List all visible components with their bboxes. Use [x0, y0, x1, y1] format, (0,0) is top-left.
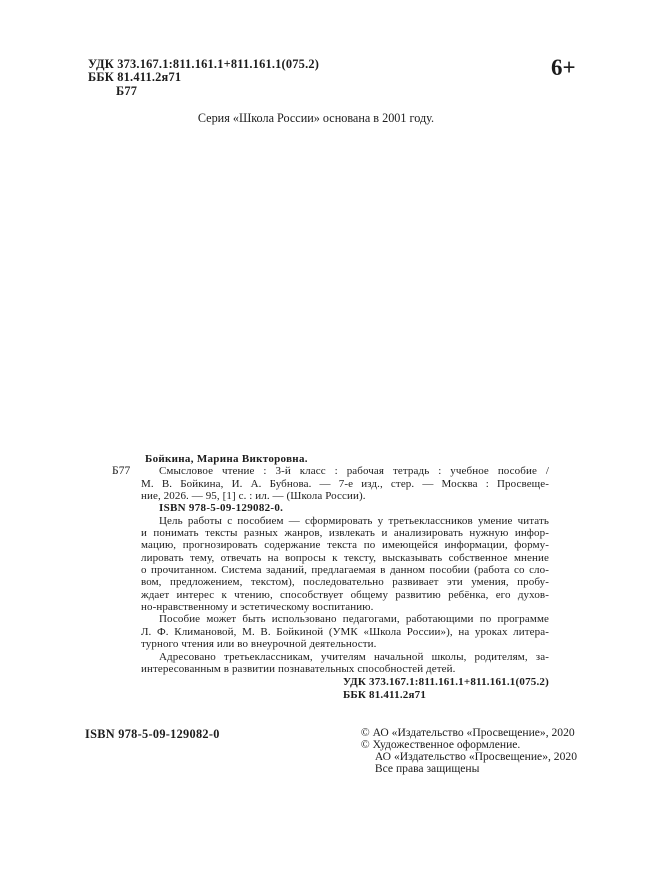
card-author-heading: Бойкина, Марина Викторовна.: [141, 453, 549, 465]
text-line: Пособие может быть использовано педагога…: [141, 613, 549, 625]
text-line: но-нравственному и эстетическому воспита…: [141, 601, 549, 613]
footer-isbn: ISBN 978-5-09-129082-0: [85, 727, 220, 742]
catalog-card: Б77 Бойкина, Марина Викторовна. Смыслово…: [141, 453, 549, 701]
copyright-block: © АО «Издательство «Просвещение», 2020© …: [361, 727, 577, 775]
text-line: Смысловое чтение : 3-й класс : рабочая т…: [141, 465, 549, 477]
text-line: Все права защищены: [361, 763, 577, 775]
text-line: М. В. Бойкина, И. А. Бубнова. — 7-е изд.…: [141, 478, 549, 490]
text-line: мацию, прогнозировать содержание текста …: [141, 539, 549, 551]
annotation-paragraph-2: Пособие может быть использовано педагога…: [141, 613, 549, 650]
annotation-paragraph-3: Адресовано третьеклассникам, учителям на…: [141, 651, 549, 676]
bbk-code: ББК 81.411.2я71: [88, 71, 319, 84]
top-codes-block: УДК 373.167.1:811.161.1+811.161.1(075.2)…: [88, 58, 319, 98]
text-line: ние, 2026. — 95, [1] с. : ил. — (Школа Р…: [141, 490, 549, 502]
card-author-sign: Б77: [112, 465, 130, 477]
book-imprint-page: УДК 373.167.1:811.161.1+811.161.1(075.2)…: [0, 0, 650, 869]
bottom-bbk-code: ББК 81.411.2я71: [343, 689, 549, 701]
bottom-udk-code: УДК 373.167.1:811.161.1+811.161.1(075.2): [343, 676, 549, 688]
text-line: о прочитанном. Система заданий, предлага…: [141, 564, 549, 576]
bottom-codes-wrap: УДК 373.167.1:811.161.1+811.161.1(075.2)…: [141, 676, 549, 701]
bottom-codes-block: УДК 373.167.1:811.161.1+811.161.1(075.2)…: [343, 676, 549, 701]
udk-code: УДК 373.167.1:811.161.1+811.161.1(075.2): [88, 58, 319, 71]
series-note: Серия «Школа России» основана в 2001 год…: [0, 111, 650, 126]
text-line: Цель работы с пособием — сформировать у …: [141, 515, 549, 527]
text-line: Л. Ф. Климановой, М. В. Бойкиной (УМК «Ш…: [141, 626, 549, 638]
text-line: и понимать тексты разных жанров, извлека…: [141, 527, 549, 539]
age-rating-badge: 6+: [551, 56, 576, 80]
card-bibliographic-description: Смысловое чтение : 3-й класс : рабочая т…: [141, 465, 549, 502]
annotation-paragraph-1: Цель работы с пособием — сформировать у …: [141, 515, 549, 614]
text-line: турного чтения или во внеурочной деятель…: [141, 638, 549, 650]
author-sign: Б77: [88, 85, 319, 98]
text-line: Адресовано третьеклассникам, учителям на…: [141, 651, 549, 663]
text-line: ждает интерес к чтению, способствует общ…: [141, 589, 549, 601]
text-line: лировать тему, отвечать на вопросы к тек…: [141, 552, 549, 564]
text-line: вом, предложением, текстом), последовате…: [141, 576, 549, 588]
card-isbn: ISBN 978-5-09-129082-0.: [141, 502, 549, 514]
text-line: интересованным в развитии познавательных…: [141, 663, 549, 675]
